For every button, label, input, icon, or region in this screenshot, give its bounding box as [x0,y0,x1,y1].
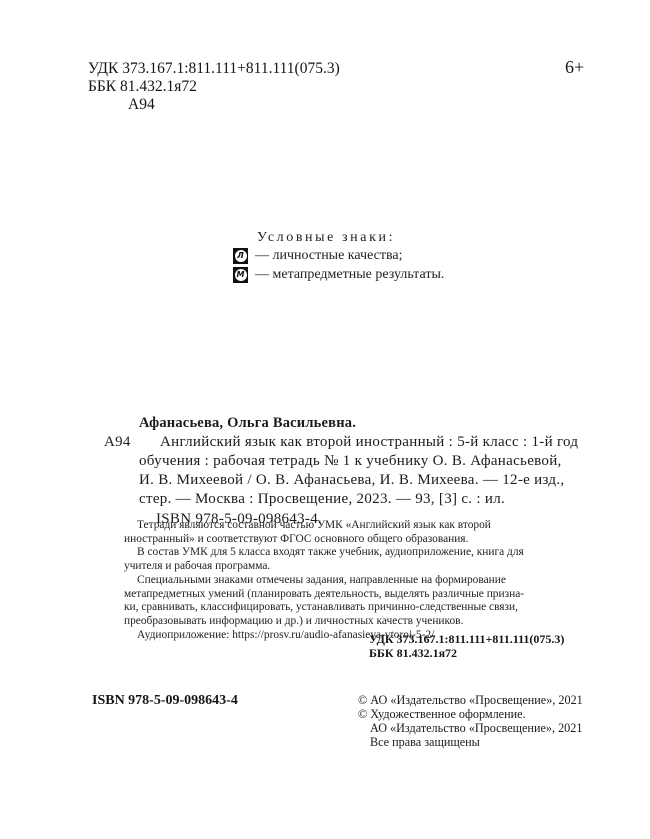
personal-qualities-icon: Л [233,248,248,264]
rights-reserved: Все права защищены [370,735,480,749]
card-author-mark: А94 [104,433,131,452]
annotation-line: иностранный» и соответствуют ФГОС основн… [124,533,468,547]
author-heading: Афанасьева, Ольга Васильевна. [139,414,356,433]
legend-title: Условные знаки: [257,230,395,246]
annotation-line: ки, сравнивать, классифицировать, устана… [124,601,518,615]
annotation-line: преобразовывать информацию и др.) и личн… [124,615,463,629]
copyright-line: © АО «Издательство «Просвещение», 2021 [358,693,583,707]
annotation-line: метапредметных умений (планировать деяте… [124,588,524,602]
author-mark: А94 [128,96,155,114]
bib-line: Английский язык как второй иностранный :… [160,433,578,452]
bbk-code: ББК 81.432.1я72 [88,78,197,96]
copyright-line: АО «Издательство «Просвещение», 2021 [370,721,582,735]
legend-item: М — метапредметные результаты. [233,267,444,283]
icon-glyph: Л [235,250,247,262]
bbk-code-bottom: ББК 81.432.1я72 [369,646,457,660]
legend-item: Л — личностные качества; [233,248,403,264]
udk-code: УДК 373.167.1:811.111+811.111(075.3) [88,60,340,78]
icon-glyph: М [235,269,247,281]
legend-item-text: — личностные качества; [255,248,403,264]
annotation-line: учителя и рабочая программа. [124,560,270,574]
bib-line: И. В. Михеевой / О. В. Афанасьева, И. В.… [139,471,564,490]
bib-line: стер. — Москва : Просвещение, 2023. — 93… [139,490,505,509]
annotation-line: Специальными знаками отмечены задания, н… [137,574,506,588]
annotation-line: В состав УМК для 5 класса входят также у… [137,546,524,560]
metasubject-icon: М [233,267,248,283]
age-rating: 6+ [565,57,584,78]
legend-item-text: — метапредметные результаты. [255,267,444,283]
annotation-line: Тетради являются составной частью УМК «А… [137,519,491,533]
bib-line: обучения : рабочая тетрадь № 1 к учебник… [139,452,562,471]
isbn-footer: ISBN 978-5-09-098643-4 [92,693,238,709]
copyright-line: © Художественное оформление. [358,707,526,721]
udk-code-bottom: УДК 373.167.1:811.111+811.111(075.3) [369,632,564,646]
